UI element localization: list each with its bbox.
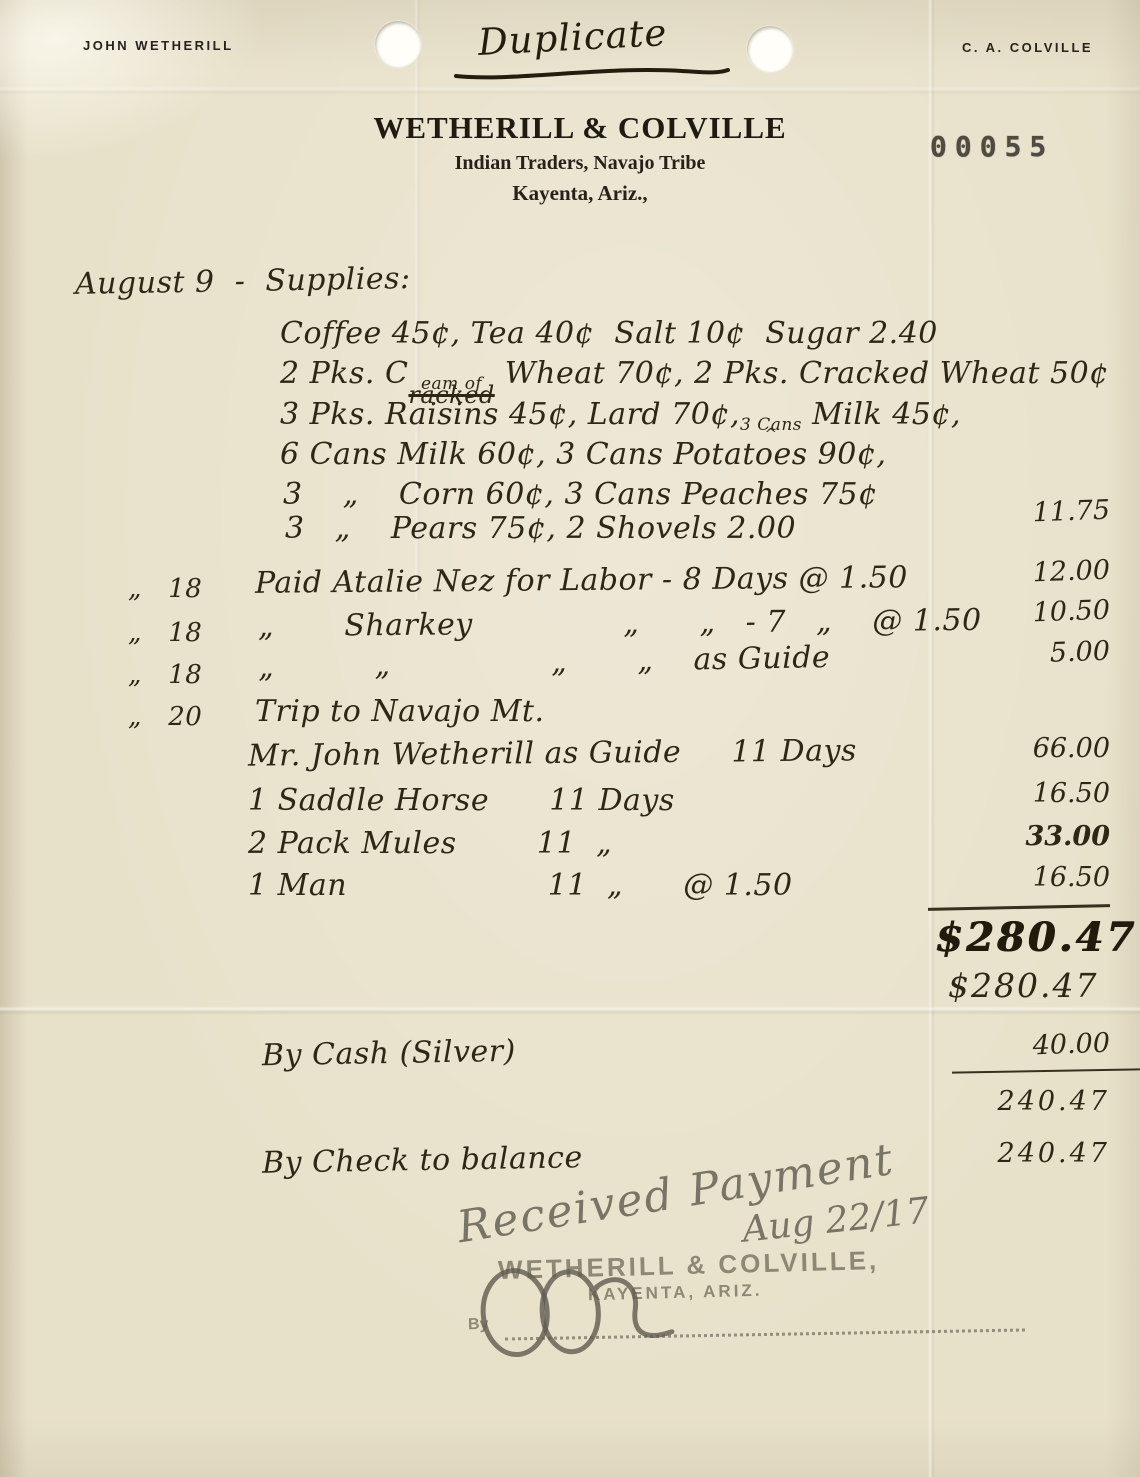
scanned-invoice-page: JOHN WETHERILL C. A. COLVILLE Duplicate … <box>0 0 1140 1477</box>
supplies-line-3-suffix: Milk 45¢, <box>802 397 961 432</box>
punch-hole-right <box>747 26 793 72</box>
company-location: Kayenta, Ariz., <box>300 181 860 206</box>
supplies-line-3: 3 Pks. Raisins 45¢, Lard 70¢,3 Cans^ Mil… <box>280 397 961 439</box>
duplicate-handwritten-label: Duplicate <box>477 11 668 64</box>
payment-cash-label: By Cash (Silver) <box>262 1034 516 1073</box>
company-name: WETHERILL & COLVILLE <box>300 110 860 146</box>
horizontal-crease <box>0 86 1140 95</box>
supplies-amount: 11.75 <box>975 495 1111 531</box>
trip-row-description: 1 Saddle Horse 11 Days <box>248 783 675 818</box>
trip-row-amount: 16.50 <box>975 778 1110 809</box>
labor-row-description: „ „ „ „ as Guide <box>258 640 831 685</box>
duplicate-underline-flourish <box>452 62 732 84</box>
labor-row-date: „ 18 <box>128 618 202 648</box>
labor-row-amount: 5.00 <box>975 636 1111 672</box>
signature-initials-scribble <box>466 1243 723 1370</box>
total-rule <box>928 904 1110 911</box>
vertical-crease <box>928 0 935 1477</box>
labor-row-amount: 12.00 <box>975 555 1111 591</box>
punch-hole-left <box>375 21 421 67</box>
payment-check-label: By Check to balance <box>262 1140 583 1181</box>
torn-corner-highlight <box>0 0 279 168</box>
labor-row-date: „ 18 <box>128 574 202 604</box>
serial-number-stamp: 00055 <box>930 130 1054 163</box>
entry-date-supplies: August 9 - Supplies: <box>75 261 411 302</box>
trip-row-description: 1 Man 11 „ @ 1.50 <box>248 868 793 903</box>
supplies-line-2: 2 Pks. Ceam ofracked Wheat 70¢, 2 Pks. C… <box>280 356 1109 403</box>
labor-row-amount: 10.50 <box>975 595 1111 631</box>
company-subtitle: Indian Traders, Navajo Tribe <box>300 152 860 175</box>
labor-row-description: „ Sharkey „ „ - 7 „ @ 1.50 <box>258 603 982 644</box>
balance-after-cash: 240.47 <box>975 1086 1110 1117</box>
trip-row-amount: 16.50 <box>975 862 1110 893</box>
supplies-line-1: Coffee 45¢, Tea 40¢ Salt 10¢ Sugar 2.40 <box>280 316 938 351</box>
trip-row-description: Mr. John Wetherill as Guide 11 Days <box>248 733 857 773</box>
letterhead-right-name: C. A. COLVILLE <box>962 40 1093 55</box>
letterhead-left-name: JOHN WETHERILL <box>83 38 234 53</box>
payment-cash-amount: 40.00 <box>975 1028 1111 1064</box>
supplies-line-6: 3 „ Pears 75¢, 2 Shovels 2.00 <box>285 511 796 546</box>
supplies-line-4: 6 Cans Milk 60¢, 3 Cans Potatoes 90¢, <box>280 437 886 472</box>
labor-row-description: Paid Atalie Nez for Labor - 8 Days @ 1.5… <box>255 560 908 601</box>
grand-total-rewritten: $280.47 <box>948 966 1098 1005</box>
trip-date: „ 20 <box>128 702 202 732</box>
trip-row-amount: 33.00 <box>975 821 1110 852</box>
grand-total: $280.47 <box>935 914 1137 961</box>
trip-row-description: 2 Pack Mules 11 „ <box>248 826 612 861</box>
supplies-line-5: 3 „ Corn 60¢, 3 Cans Peaches 75¢ <box>283 477 878 512</box>
labor-row-date: „ 18 <box>128 660 202 690</box>
supplies-line-2-suffix: Wheat 70¢, 2 Pks. Cracked Wheat 50¢ <box>495 356 1109 391</box>
trip-title: Trip to Navajo Mt. <box>255 694 545 729</box>
payment-check-amount: 240.47 <box>975 1138 1110 1169</box>
horizontal-crease <box>0 1006 1140 1015</box>
supplies-line-3-prefix: 3 Pks. Raisins 45¢, Lard 70¢, <box>280 397 740 432</box>
supplies-line-2-prefix: 2 Pks. C <box>280 356 408 391</box>
cash-rule <box>952 1068 1140 1073</box>
trip-row-amount: 66.00 <box>975 733 1110 764</box>
